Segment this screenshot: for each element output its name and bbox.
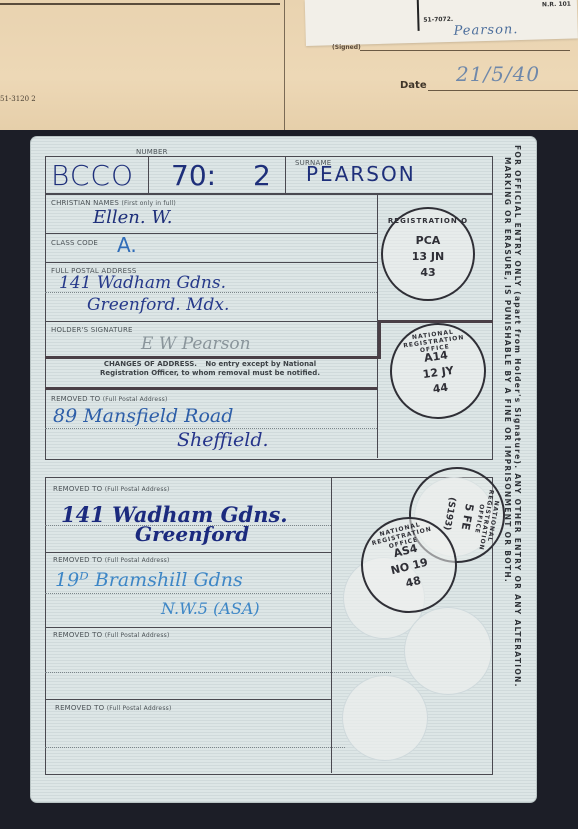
divider — [148, 156, 149, 194]
attached-slip: 51-7072. N.R. 101 Pearson. — [305, 0, 578, 46]
rule-line — [45, 552, 331, 553]
blank-stamp-circle — [342, 675, 428, 761]
slip-divider — [417, 0, 420, 31]
identity-card: NUMBER BCCO 70: 2 SURNAME PEARSON CHRIST… — [31, 137, 536, 802]
date-value: 21/5/40 — [456, 62, 540, 86]
changes-heading-line2: Registration Officer, to whom removal mu… — [100, 369, 320, 377]
removal-label-text: REMOVED TO — [53, 556, 102, 564]
removal-label-text: REMOVED TO — [55, 704, 104, 712]
background-left-page: 51-3120 2 — [0, 0, 285, 130]
removal-3-line-1: 19ᴰ Bramshill Gdns — [55, 569, 243, 591]
removal-hint: (Full Postal Address) — [105, 632, 170, 639]
dotted-line — [45, 747, 345, 748]
holders-signature-label: HOLDER'S SIGNATURE — [51, 326, 133, 334]
date-line — [428, 90, 578, 91]
dotted-line — [45, 672, 391, 673]
rule-line — [45, 233, 377, 234]
removal-3-label: REMOVED TO (Full Postal Address) — [53, 556, 170, 564]
number-label: NUMBER — [136, 148, 168, 156]
rule-line — [0, 3, 280, 5]
christian-names-value: Ellen. W. — [93, 207, 172, 228]
removal-1-line-1: 89 Mansfield Road — [53, 405, 233, 427]
signed-label: (Signed) — [332, 44, 361, 51]
removal-2-line-2: Greenford — [135, 522, 249, 546]
class-code-value: A. — [117, 233, 137, 257]
removal-label-text: REMOVED TO — [51, 395, 100, 403]
slip-signature: Pearson. — [453, 22, 518, 39]
removal-hint: (Full Postal Address) — [103, 396, 168, 403]
divider — [285, 156, 286, 194]
notice-column-2: MARKING OR ERASURE, IS PUNISHABLE BY A F… — [503, 157, 512, 583]
stamp-line-3: 43 — [383, 267, 473, 279]
christian-names-label: CHRISTIAN NAMES (First only in full) — [51, 199, 176, 207]
date-label: Date — [400, 80, 427, 91]
dotted-line — [45, 593, 331, 594]
thick-rule — [45, 356, 381, 359]
signed-line — [360, 50, 570, 51]
address-line-1: 141 Wadham Gdns. — [59, 273, 226, 293]
stamp-line-2: 13 JN — [383, 251, 473, 263]
removal-4-label: REMOVED TO (Full Postal Address) — [53, 631, 170, 639]
address-line-2: Greenford. Mdx. — [87, 295, 229, 315]
class-code-label: CLASS CODE — [51, 239, 98, 247]
removal-label-text: REMOVED TO — [53, 631, 102, 639]
registration-stamp-1943: REGISTRATION O PCA 13 JN 43 — [381, 207, 475, 301]
changes-heading-rest: No entry except by National — [205, 360, 316, 368]
removal-label-text: REMOVED TO — [53, 485, 102, 493]
removal-hint: (Full Postal Address) — [105, 557, 170, 564]
rule-line — [45, 627, 331, 628]
christian-names-hint: (First only in full) — [121, 200, 175, 207]
removal-hint: (Full Postal Address) — [107, 705, 172, 712]
slip-code: 51-7072. — [423, 16, 453, 24]
removal-1-line-2: Sheffield. — [177, 429, 269, 451]
removal-2-label: REMOVED TO (Full Postal Address) — [53, 485, 170, 493]
slip-form-number: N.R. 101 — [542, 1, 571, 9]
number-part-2: 70: — [171, 159, 216, 192]
official-entry-notice: FOR OFFICIAL ENTRY ONLY (apart from Hold… — [499, 145, 529, 760]
number-part-3: 2 — [253, 159, 271, 192]
changes-heading-bold: CHANGES OF ADDRESS. — [104, 360, 197, 368]
thick-rule — [378, 320, 381, 359]
rule-line — [45, 321, 377, 322]
removal-hint: (Full Postal Address) — [105, 486, 170, 493]
stamp-line-1: PCA — [383, 235, 473, 247]
notice-column-1: FOR OFFICIAL ENTRY ONLY (apart from Hold… — [513, 145, 522, 688]
dotted-line — [45, 292, 377, 293]
removal-5-label: REMOVED TO (Full Postal Address) — [55, 704, 172, 712]
stamp-column-divider — [331, 477, 332, 773]
thick-rule — [45, 387, 377, 390]
rule-line — [45, 699, 331, 700]
holders-signature-value: E W Pearson — [141, 334, 251, 354]
removal-1-label: REMOVED TO (Full Postal Address) — [51, 395, 168, 403]
christian-names-label-text: CHRISTIAN NAMES — [51, 199, 119, 207]
stamp-ring-text: REGISTRATION O — [383, 217, 473, 225]
left-page-print-code: 51-3120 2 — [0, 95, 36, 103]
blank-stamp-circle — [404, 607, 492, 695]
changes-of-address-heading: CHANGES OF ADDRESS. No entry except by N… — [45, 360, 375, 378]
rule-line — [45, 262, 377, 263]
surname-value: PEARSON — [306, 162, 416, 186]
removal-3-line-2: N.W.5 (ASA) — [161, 599, 260, 618]
number-part-1: BCCO — [51, 159, 134, 192]
